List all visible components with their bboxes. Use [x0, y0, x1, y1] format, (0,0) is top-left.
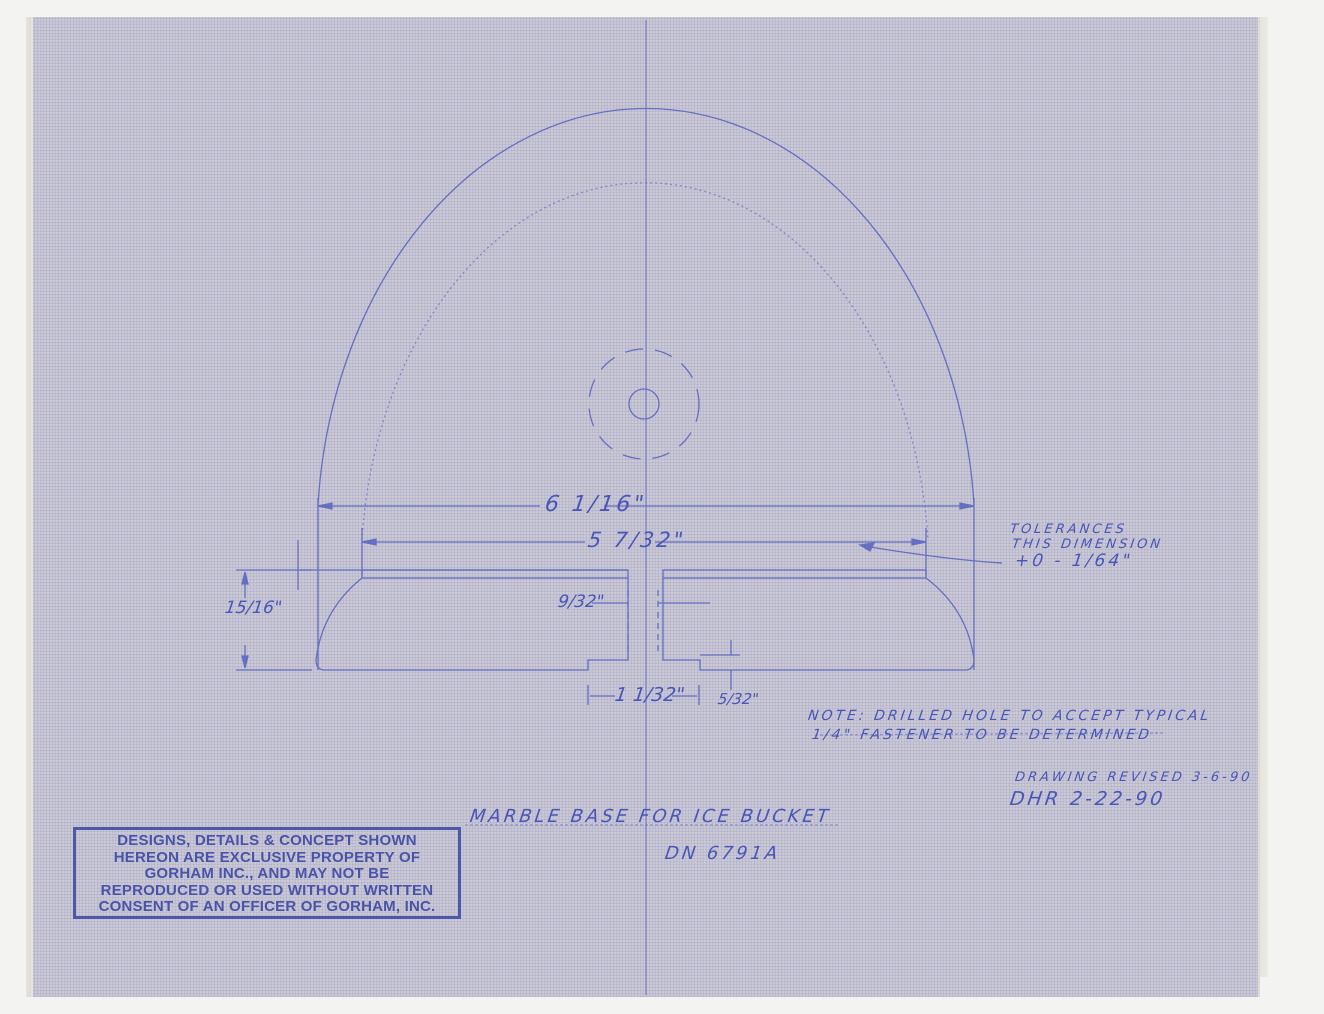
stamp-line: GORHAM INC., AND MAY NOT BE: [76, 866, 458, 883]
tolerance-line-3: +0 - 1/64": [1014, 551, 1135, 571]
stamp-line: CONSENT OF AN OFFICER OF GORHAM, INC.: [76, 899, 458, 916]
proprietary-stamp: DESIGNS, DETAILS & CONCEPT SHOWN HEREON …: [73, 827, 461, 919]
dim-recess-depth: 9/32": [557, 592, 606, 612]
center-hole: [629, 389, 659, 419]
author-date: DHR 2-22-90: [1008, 788, 1166, 810]
dim-overall-diameter: 6 1/16": [543, 492, 648, 517]
stamp-line: REPRODUCED OR USED WITHOUT WRITTEN: [76, 883, 458, 900]
inner-plan-arc: [362, 183, 928, 540]
revision-note: DRAWING REVISED 3-6-90: [1014, 770, 1253, 785]
design-number: DN 6791A: [664, 843, 782, 864]
dim-height: 15/16": [224, 598, 284, 618]
hole-outline-dashed: [589, 349, 699, 459]
dim-top-diameter: 5 7/32": [586, 528, 687, 552]
tolerance-line-1: TOLERANCES: [1009, 522, 1128, 537]
stamp-line: DESIGNS, DETAILS & CONCEPT SHOWN: [76, 833, 458, 850]
note-line-1: NOTE: DRILLED HOLE TO ACCEPT TYPICAL: [807, 708, 1213, 724]
dim-recess-width: 1 1/32": [613, 684, 686, 706]
stamp-line: HEREON ARE EXCLUSIVE PROPERTY OF: [76, 850, 458, 867]
note-line-2: 1/4" FASTENER TO BE DETERMINED: [811, 727, 1153, 743]
tolerance-line-2: THIS DIMENSION: [1011, 537, 1164, 552]
drawing-title: MARBLE BASE FOR ICE BUCKET: [469, 806, 833, 827]
dim-step-height: 5/32": [717, 690, 760, 708]
